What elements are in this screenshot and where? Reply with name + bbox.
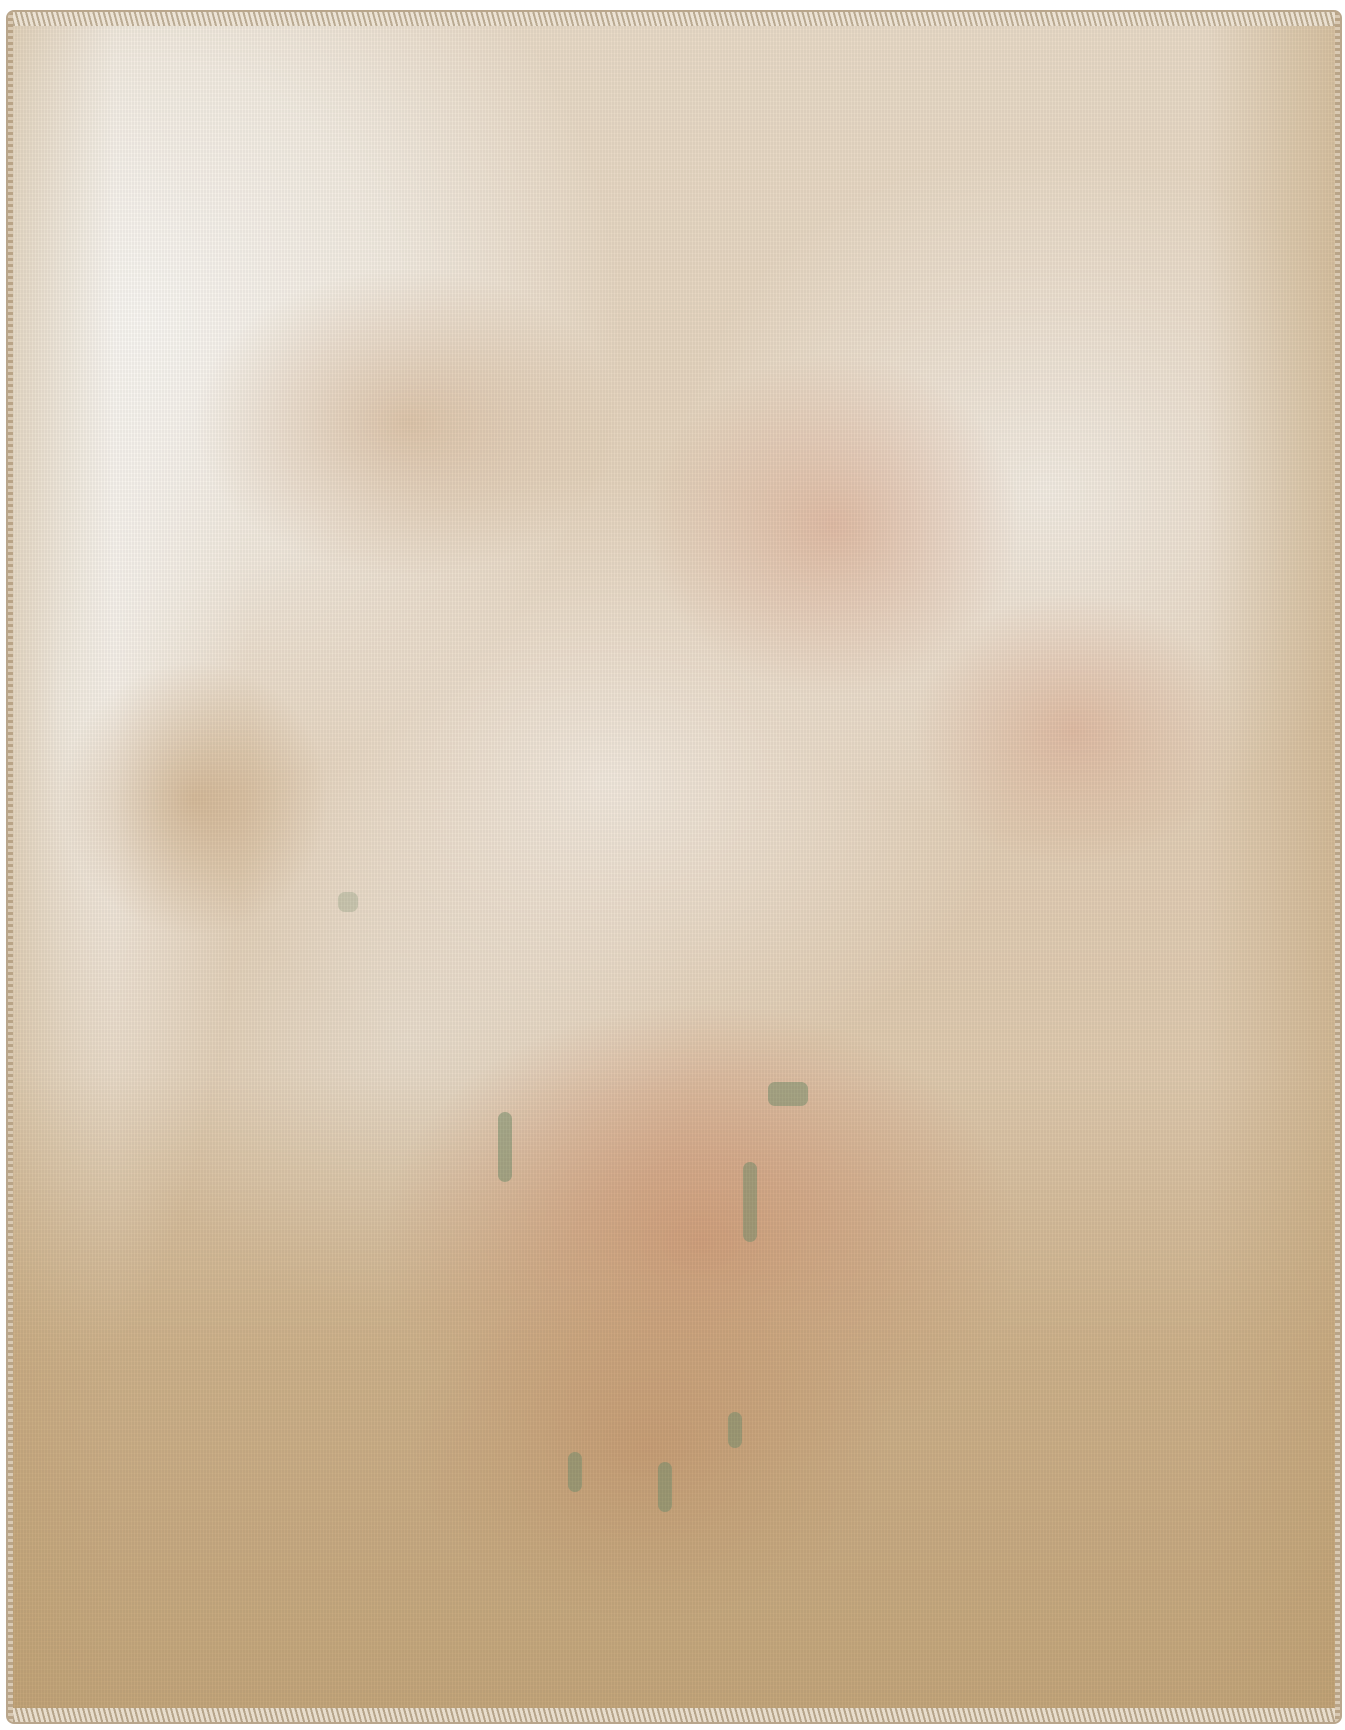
rug-fringe-bottom xyxy=(8,1708,1340,1722)
rug-edge-right xyxy=(1335,12,1340,1722)
rug-weave-texture xyxy=(8,12,1340,1722)
rug-photo xyxy=(8,12,1340,1722)
rug-fringe-top xyxy=(8,12,1340,26)
rug-edge-left xyxy=(8,12,13,1722)
